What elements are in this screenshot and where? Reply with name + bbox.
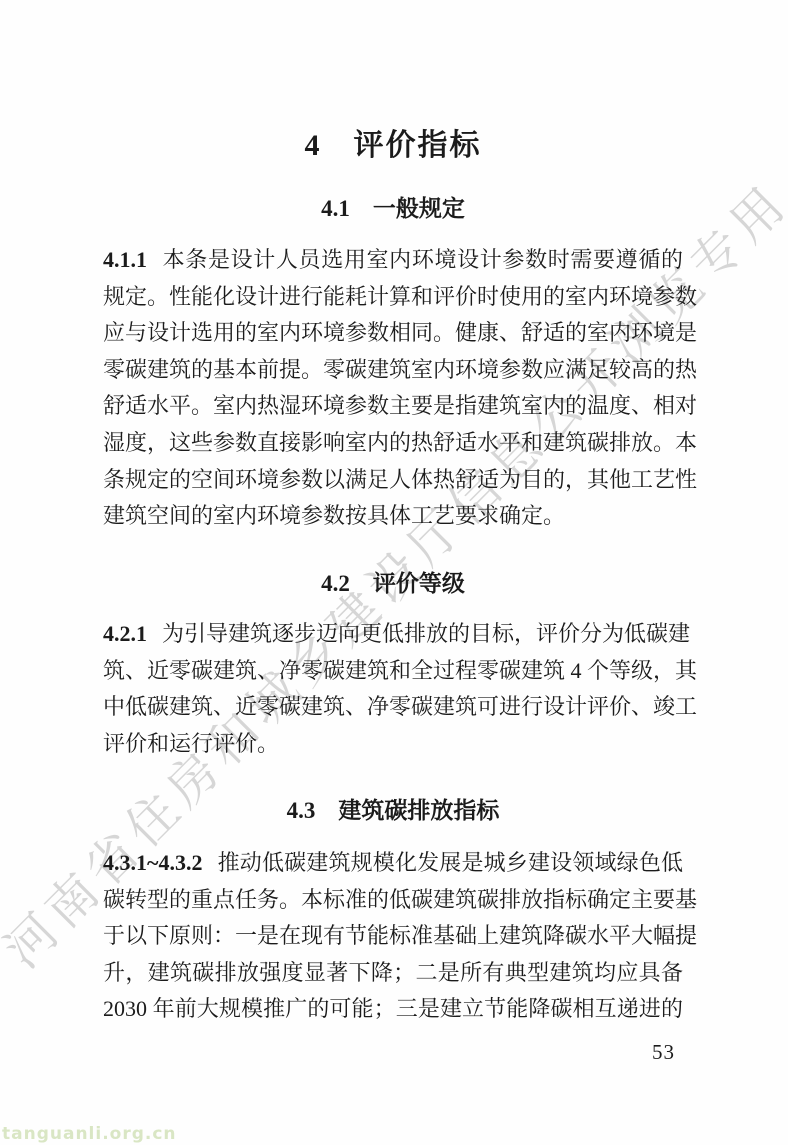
clause-line: 舒适水平。室内热湿环境参数主要是指建筑室内的温度、相对 — [103, 388, 683, 425]
clause-text: 本条是设计人员选用室内环境设计参数时需要遵循的 — [162, 247, 683, 272]
clause-line: 4.3.1~4.3.2推动低碳建筑规模化发展是城乡建设领域绿色低 — [103, 845, 683, 882]
clause-line: 2030 年前大规模推广的可能；三是建立节能降碳相互递进的 — [103, 991, 683, 1028]
clause-line: 升，建筑碳排放强度显著下降；二是所有典型建筑均应具备 — [103, 955, 683, 992]
page-number: 53 — [652, 1040, 675, 1065]
clause-line: 条规定的空间环境参数以满足人体热舒适为目的，其他工艺性 — [103, 462, 683, 499]
clause-text: 推动低碳建筑规模化发展是城乡建设领域绿色低 — [217, 850, 683, 875]
clause-line: 4.2.1为引导建筑逐步迈向更低排放的目标，评价分为低碳建 — [103, 616, 683, 653]
clause-line: 4.1.1本条是设计人员选用室内环境设计参数时需要遵循的 — [103, 242, 683, 279]
clause-4-3-1: 4.3.1~4.3.2推动低碳建筑规模化发展是城乡建设领域绿色低 碳转型的重点任… — [103, 845, 683, 1028]
clause-line: 中低碳建筑、近零碳建筑、净零碳建筑可进行设计评价、竣工 — [103, 689, 683, 726]
clause-number: 4.3.1~4.3.2 — [103, 850, 202, 875]
document-page: 河南省住房和城乡建设厅信息公开浏览专用 4 评价指标 4.1 一般规定 4.1.… — [0, 0, 788, 1145]
clause-line: 于以下原则：一是在现有节能标准基础上建筑降碳水平大幅提 — [103, 918, 683, 955]
clause-line: 零碳建筑的基本前提。零碳建筑室内环境参数应满足较高的热 — [103, 352, 683, 389]
clause-line: 评价和运行评价。 — [103, 726, 683, 763]
clause-line: 湿度，这些参数直接影响室内的热舒适水平和建筑碳排放。本 — [103, 425, 683, 462]
chapter-title: 4 评价指标 — [103, 120, 683, 164]
clause-4-1-1: 4.1.1本条是设计人员选用室内环境设计参数时需要遵循的 规定。性能化设计进行能… — [103, 242, 683, 535]
clause-line: 建筑空间的室内环境参数按具体工艺要求确定。 — [103, 498, 683, 535]
site-watermark: tanguanli.org.cn — [2, 1124, 177, 1144]
clause-number: 4.1.1 — [103, 247, 147, 272]
clause-line: 应与设计选用的室内环境参数相同。健康、舒适的室内环境是 — [103, 315, 683, 352]
clause-line: 规定。性能化设计进行能耗计算和评价时使用的室内环境参数 — [103, 279, 683, 316]
section-heading-4-3: 4.3 建筑碳排放指标 — [103, 792, 683, 825]
section-heading-4-1: 4.1 一般规定 — [103, 190, 683, 223]
clause-4-2-1: 4.2.1为引导建筑逐步迈向更低排放的目标，评价分为低碳建 筑、近零碳建筑、净零… — [103, 616, 683, 762]
page-content: 4 评价指标 4.1 一般规定 4.1.1本条是设计人员选用室内环境设计参数时需… — [0, 0, 788, 1145]
section-heading-4-2: 4.2 评价等级 — [103, 565, 683, 598]
clause-line: 碳转型的重点任务。本标准的低碳建筑碳排放指标确定主要基 — [103, 882, 683, 919]
clause-number: 4.2.1 — [103, 621, 147, 646]
clause-text: 为引导建筑逐步迈向更低排放的目标，评价分为低碳建 — [162, 621, 690, 646]
clause-line: 筑、近零碳建筑、净零碳建筑和全过程零碳建筑 4 个等级，其 — [103, 653, 683, 690]
